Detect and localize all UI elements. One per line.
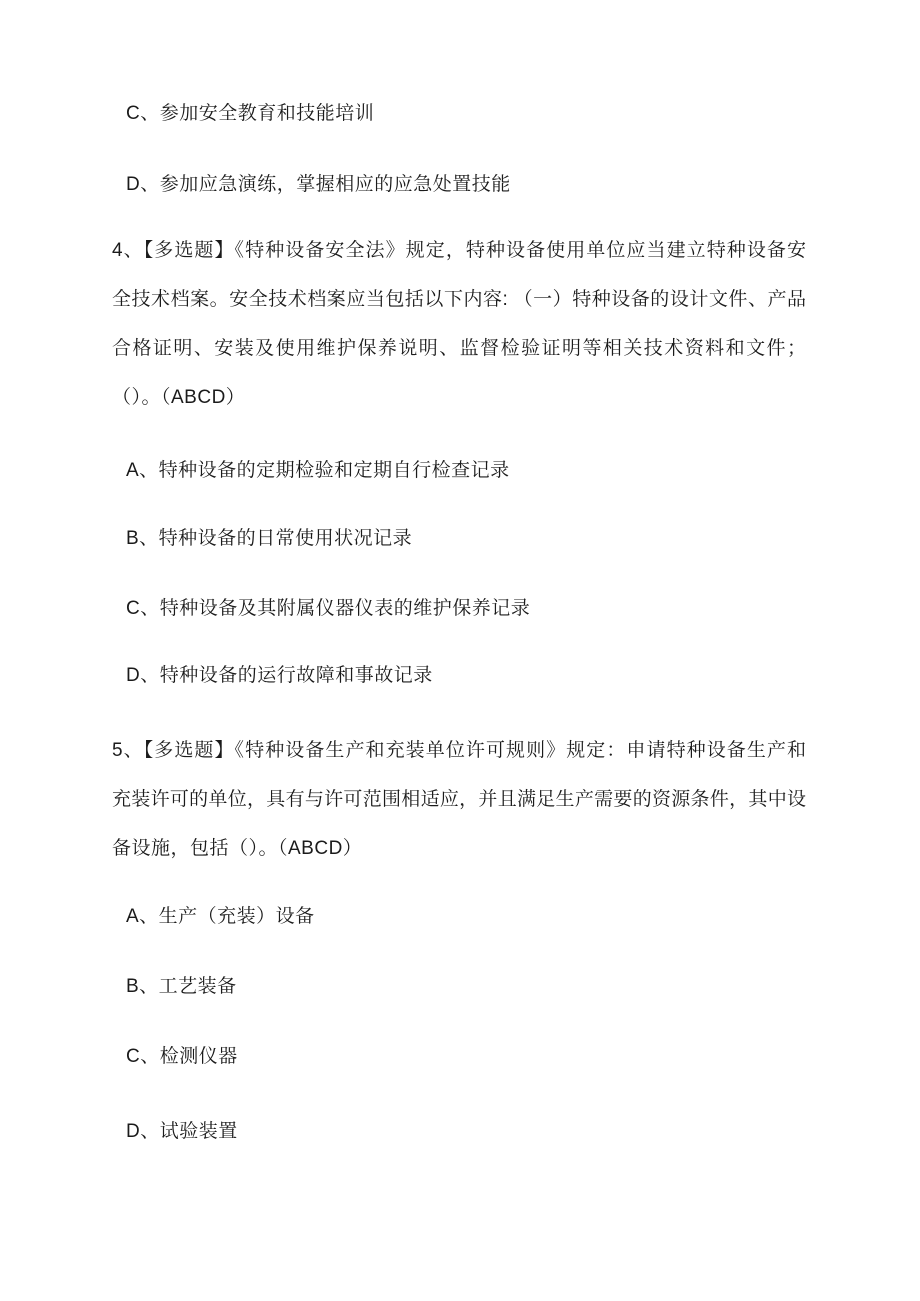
question-5-stem-line: 充装许可的单位，具有与许可范围相适应，并且满足生产需要的资源条件，其中设 — [112, 775, 806, 824]
question-4-stem: 4、【多选题】《特种设备安全法》规定，特种设备使用单位应当建立特种设备安 全技术… — [112, 226, 806, 422]
question-5-option-a: A、生产（充装）设备 — [126, 902, 315, 932]
question-4-stem-line: （）。（ABCD） — [112, 373, 806, 422]
question-5-option-c: C、检测仪器 — [126, 1042, 238, 1072]
question-5-stem-line: 备设施，包括（）。（ABCD） — [112, 824, 806, 873]
answer-option-c-prev: C、参加安全教育和技能培训 — [126, 99, 374, 129]
answer-option-d-prev: D、参加应急演练，掌握相应的应急处置技能 — [126, 170, 511, 200]
question-4-option-c: C、特种设备及其附属仪器仪表的维护保养记录 — [126, 594, 530, 624]
question-5-stem: 5、【多选题】《特种设备生产和充装单位许可规则》规定：申请特种设备生产和 充装许… — [112, 726, 806, 873]
question-4-option-b: B、特种设备的日常使用状况记录 — [126, 524, 412, 554]
question-5-option-b: B、工艺装备 — [126, 972, 237, 1002]
document-page: C、参加安全教育和技能培训 D、参加应急演练，掌握相应的应急处置技能 4、【多选… — [0, 0, 920, 1301]
question-4-option-a: A、特种设备的定期检验和定期自行检查记录 — [126, 456, 510, 486]
question-5-option-d: D、试验装置 — [126, 1117, 238, 1147]
question-4-stem-line: 合格证明、安装及使用维护保养说明、监督检验证明等相关技术资料和文件； — [112, 324, 806, 373]
question-4-stem-line: 全技术档案。安全技术档案应当包括以下内容: （一）特种设备的设计文件、产品 — [112, 275, 806, 324]
question-4-stem-line: 4、【多选题】《特种设备安全法》规定，特种设备使用单位应当建立特种设备安 — [112, 226, 806, 275]
question-5-stem-line: 5、【多选题】《特种设备生产和充装单位许可规则》规定：申请特种设备生产和 — [112, 726, 806, 775]
question-4-option-d: D、特种设备的运行故障和事故记录 — [126, 661, 433, 691]
